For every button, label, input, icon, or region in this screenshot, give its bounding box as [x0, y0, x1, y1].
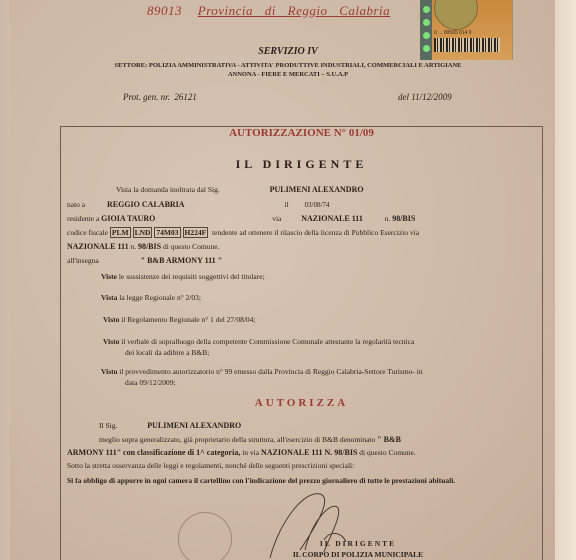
sector-line-2: ANNONA - FIERE E MERCATI – S.U.A.P: [0, 70, 576, 79]
grant-text: meglio sopra generalizzato, già propriet…: [99, 435, 375, 444]
grantee-label: Il Sig.: [99, 421, 117, 430]
signature-department: IL CORPO DI POLIZIA MUNICIPALE: [0, 550, 576, 559]
grant-via-label: in via: [242, 448, 259, 457]
protocol-number: Prot. gen. nr. 26121: [123, 92, 197, 102]
date-label: del: [398, 92, 409, 102]
service-title: SERVIZIO IV: [0, 46, 576, 57]
birthplace: REGGIO CALABRIA: [107, 200, 185, 209]
residence-line: residente a GIOIA TAURO via NAZIONALE 11…: [67, 214, 415, 223]
applicant-name: PULIMENI ALEXANDRO: [270, 185, 364, 194]
business-street: NAZIONALE 111: [67, 242, 129, 251]
consideration-text: la legge Regionale n° 2/03;: [117, 293, 201, 302]
conditions-intro: Sotto la stretta osservanza delle leggi …: [67, 461, 354, 470]
decision-heading: AUTORIZZA: [61, 397, 542, 409]
consideration-item: Viste le sussistenze dei requisiti sogge…: [101, 272, 265, 281]
grant-street: NAZIONALE 111 N. 98/BIS: [261, 448, 357, 457]
via-label: via: [272, 214, 281, 223]
birth-line: nato a REGGIO CALABRIA il 03/08/74: [67, 200, 329, 209]
consideration-item: Visto il Regolamento Regionale n° 1 del …: [103, 315, 256, 324]
business-suffix: di questo Comune.: [163, 242, 219, 251]
signature-title: IL DIRIGENTE: [0, 539, 576, 548]
request-label: Vista la domanda inoltrata dal Sig.: [116, 185, 220, 194]
grantee-name: PULIMENI ALEXANDRO: [147, 421, 241, 430]
grant-suffix: di questo Comune.: [359, 448, 415, 457]
sector-description: SETTORE: POLIZIA AMMINISTRATIVA - ATTIVI…: [0, 61, 576, 79]
grant-line-1: meglio sopra generalizzato, già propriet…: [99, 435, 401, 444]
consideration-lead: Vista: [101, 293, 117, 302]
consideration-continuation: dei locali da adibire a B&B;: [125, 348, 209, 357]
purpose-text: tendente ad ottenere il rilascio della l…: [212, 228, 419, 237]
fiscal-code-part: 74M03: [154, 227, 180, 238]
postal-code: 89013: [147, 3, 182, 18]
stamp-seal-icon: [434, 0, 478, 30]
grant-line-2: ARMONY 111" con classificazione di 1^ ca…: [67, 448, 416, 457]
consideration-text: le sussistenze dei requisiti soggettivi …: [117, 272, 265, 281]
fiscal-label: codice fiscale: [67, 228, 108, 237]
grantee-line: Il Sig. PULIMENI ALEXANDRO: [99, 421, 241, 430]
business-sign-name: " B&B ARMONY 111 ": [141, 256, 222, 265]
fiscal-code-part: H224F: [183, 227, 209, 238]
residence-city: GIOIA TAURO: [101, 214, 155, 223]
business-number-label: n.: [130, 242, 136, 251]
header-address: 89013 Provincia di Reggio Calabria: [147, 3, 390, 19]
consideration-text: il provvedimento autorizzatorio n° 99 em…: [117, 367, 422, 376]
consideration-text: il verbale di sopralluogo della competen…: [119, 337, 414, 346]
sign-line: all'insegna " B&B ARMONY 111 ": [67, 256, 222, 265]
fiscal-code-line: codice fiscale PLMLND74M03H224F tendente…: [67, 227, 419, 238]
fiscal-code-part: PLM: [110, 227, 131, 238]
consideration-text: il Regolamento Regionale n° 1 del 27/08/…: [119, 315, 255, 324]
consideration-item: Visto il provvedimento autorizzatorio n°…: [101, 367, 423, 376]
consideration-lead: Visto: [103, 315, 119, 324]
document-date: del 11/12/2009: [398, 92, 452, 102]
business-number: 98/BIS: [138, 242, 161, 251]
stamp-code: 0 ... 00565 014 0: [434, 30, 472, 36]
born-label: nato a: [67, 200, 85, 209]
residence-street: NAZIONALE 111: [301, 214, 363, 223]
consideration-item: Vista la legge Regionale n° 2/03;: [101, 293, 201, 302]
sector-line-1: SETTORE: POLIZIA AMMINISTRATIVA - ATTIVI…: [0, 61, 576, 70]
grant-name-part: ARMONY 111": [67, 448, 121, 457]
protocol-label: Prot. gen. nr.: [123, 92, 170, 102]
issuer-heading: IL DIRIGENTE: [61, 157, 542, 172]
sign-label: all'insegna: [67, 256, 99, 265]
born-on-label: il: [284, 200, 288, 209]
date-value: 11/12/2009: [411, 92, 451, 102]
business-address-line: NAZIONALE 111 n. 98/BIS di questo Comune…: [67, 242, 219, 251]
page-edge: [556, 0, 576, 560]
resident-label: residente a: [67, 214, 99, 223]
province-name: Provincia di Reggio Calabria: [198, 3, 390, 18]
consideration-lead: Viste: [101, 272, 117, 281]
protocol-value: 26121: [174, 92, 197, 102]
residence-number: 98/BIS: [392, 214, 415, 223]
fiscal-code-part: LND: [133, 227, 153, 238]
request-line: Vista la domanda inoltrata dal Sig. PULI…: [116, 185, 364, 194]
authorization-title: AUTORIZZAZIONE N° 01/09: [61, 127, 542, 139]
consideration-continuation: data 09/12/2009;: [125, 378, 176, 387]
consideration-lead: Visto: [103, 337, 119, 346]
birthdate: 03/08/74: [305, 201, 330, 209]
signature-icon: [250, 480, 360, 560]
grant-name-part: " B&B: [377, 435, 401, 444]
grant-classification: con classificazione di 1^ categoria,: [123, 448, 240, 457]
consideration-item: Visto il verbale di sopralluogo della co…: [103, 337, 414, 346]
consideration-lead: Visto: [101, 367, 117, 376]
number-label: n.: [385, 214, 391, 223]
